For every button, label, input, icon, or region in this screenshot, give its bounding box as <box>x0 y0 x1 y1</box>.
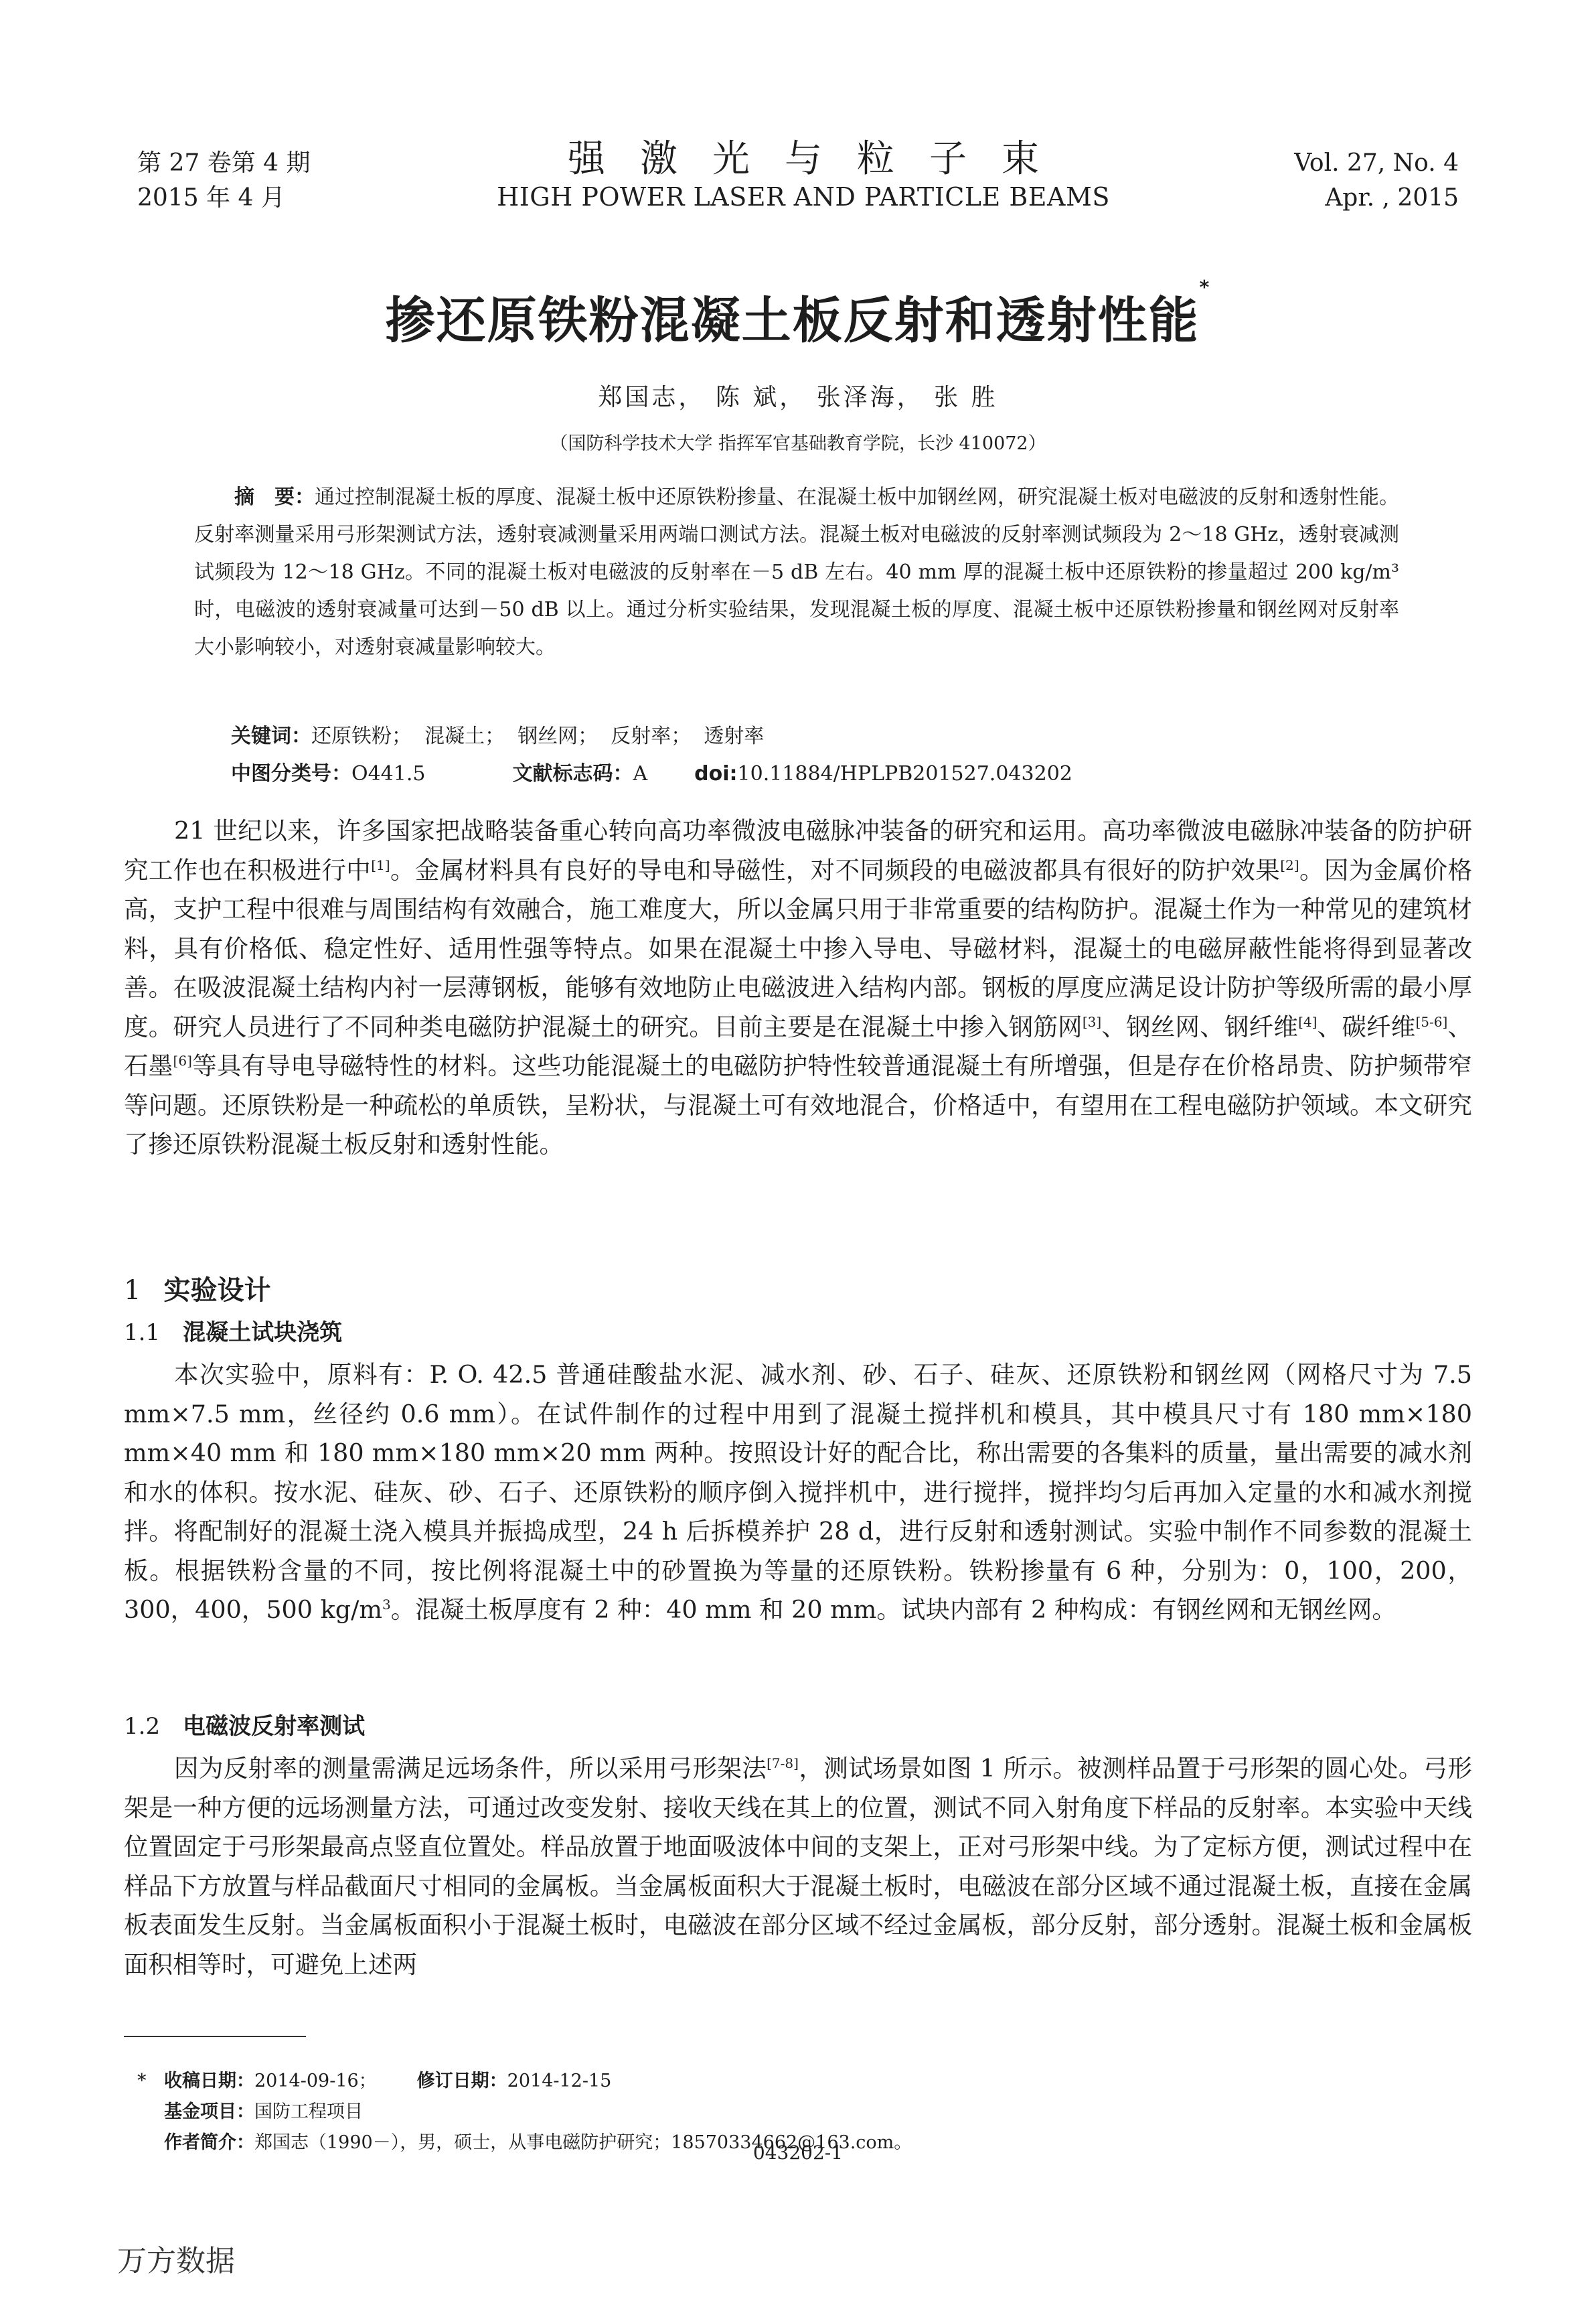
section-heading-1-1: 1.1混凝土试块浇筑 <box>124 1314 342 1347</box>
superscript-3: 3 <box>382 1596 391 1613</box>
received-date-label: 收稿日期： <box>164 2071 254 2091</box>
section-1-1-body: 本次实验中，原料有：P. O. 42.5 普通硅酸盐水泥、减水剂、砂、石子、硅灰… <box>124 1355 1472 1630</box>
section-heading-1: 1实验设计 <box>124 1269 270 1307</box>
paragraph-text: 因为反射率的测量需满足远场条件，所以采用弓形架法 <box>174 1754 767 1783</box>
section-number: 1.1 <box>124 1319 160 1346</box>
section-title: 电磁波反射率测试 <box>183 1713 365 1740</box>
section-1-2-body: 因为反射率的测量需满足远场条件，所以采用弓形架法[7-8]，测试场景如图 1 所… <box>124 1749 1472 1984</box>
intro-text: 、钢丝网、钢纤维 <box>1101 1013 1298 1041</box>
footnote-marker: * <box>137 2066 164 2097</box>
clc-label: 中图分类号： <box>231 762 351 786</box>
journal-name-en: HIGH POWER LASER AND PARTICLE BEAMS <box>402 181 1205 212</box>
watermark: 万方数据 <box>117 2237 235 2280</box>
section-number: 1.2 <box>124 1713 160 1740</box>
doc-code-label: 文献标志码： <box>512 762 633 786</box>
revised-date-label: 修订日期： <box>417 2071 507 2091</box>
keywords: 关键词：还原铁粉； 混凝土； 钢丝网； 反射率； 透射率 <box>231 718 764 755</box>
citation-5-6[interactable]: [5-6] <box>1416 1013 1448 1029</box>
clc-value: O441.5 <box>351 762 425 786</box>
page-number: 043202-1 <box>0 2142 1596 2164</box>
paragraph-text: 本次实验中，原料有：P. O. 42.5 普通硅酸盐水泥、减水剂、砂、石子、硅灰… <box>124 1360 1472 1624</box>
footnote-dates: *收稿日期：2014-09-16；修订日期：2014-12-15 <box>137 2066 912 2097</box>
authors: 郑国志， 陈 斌， 张泽海， 张 胜 <box>0 378 1596 413</box>
paragraph-text: 。混凝土板厚度有 2 种：40 mm 和 20 mm。试块内部有 2 种构成：有… <box>391 1595 1396 1624</box>
section-heading-1-2: 1.2电磁波反射率测试 <box>124 1708 365 1740</box>
citation-4[interactable]: [4] <box>1298 1013 1317 1029</box>
paper-title: 掺还原铁粉混凝土板反射和透射性能* <box>0 281 1596 352</box>
header-vol-no: Vol. 27, No. 4 <box>1294 146 1459 181</box>
section-number: 1 <box>124 1275 141 1306</box>
citation-7-8[interactable]: [7-8] <box>767 1755 799 1771</box>
header-volume-en: Vol. 27, No. 4 Apr. , 2015 <box>1294 146 1459 216</box>
citation-1[interactable]: [1] <box>371 857 390 873</box>
intro-text: 、碳纤维 <box>1317 1013 1415 1041</box>
header-volume-cn: 第 27 卷第 4 期 <box>137 146 311 181</box>
paper-title-text: 掺还原铁粉混凝土板反射和透射性能 <box>386 292 1200 350</box>
header-issue-info: 第 27 卷第 4 期 2015 年 4 月 <box>137 146 311 216</box>
journal-masthead: 强激光与粒子束 HIGH POWER LASER AND PARTICLE BE… <box>402 137 1205 212</box>
doi-label: doi: <box>694 762 737 786</box>
header-date-cn: 2015 年 4 月 <box>137 181 311 216</box>
revised-date-value: 2014-12-15 <box>507 2071 612 2091</box>
header-date-en: Apr. , 2015 <box>1294 181 1459 216</box>
citation-3[interactable]: [3] <box>1083 1013 1101 1029</box>
section-title: 实验设计 <box>163 1275 270 1306</box>
fund-label: 基金项目： <box>164 2101 254 2122</box>
intro-text: 。金属材料具有良好的导电和导磁性，对不同频段的电磁波都具有很好的防护效果 <box>390 856 1281 885</box>
doc-code-value: A <box>633 762 647 786</box>
classification-line: 中图分类号：O441.5文献标志码：Adoi:10.11884/HPLPB201… <box>231 755 1072 793</box>
title-footnote-marker: * <box>1200 276 1211 298</box>
keywords-text: 还原铁粉； 混凝土； 钢丝网； 反射率； 透射率 <box>311 725 764 748</box>
intro-text: 等具有导电导磁特性的材料。这些功能混凝土的电磁防护特性较普通混凝土有所增强，但是… <box>124 1051 1472 1159</box>
abstract-label: 摘 要： <box>234 486 315 509</box>
keywords-label: 关键词： <box>231 725 311 748</box>
abstract-text: 通过控制混凝土板的厚度、混凝土板中还原铁粉掺量、在混凝土板中加钢丝网，研究混凝土… <box>194 486 1399 659</box>
introduction: 21 世纪以来，许多国家把战略装备重心转向高功率微波电磁脉冲装备的研究和运用。高… <box>124 812 1472 1165</box>
citation-2[interactable]: [2] <box>1280 857 1299 873</box>
fund-value: 国防工程项目 <box>254 2101 363 2122</box>
doi-value: 10.11884/HPLPB201527.043202 <box>738 762 1072 786</box>
citation-6[interactable]: [6] <box>173 1053 192 1069</box>
footnote-fund: 基金项目：国防工程项目 <box>137 2097 912 2128</box>
footnote-divider <box>124 2036 306 2037</box>
received-date-value: 2014-09-16； <box>254 2071 377 2091</box>
paragraph-text: ，测试场景如图 1 所示。被测样品置于弓形架的圆心处。弓形架是一种方便的远场测量… <box>124 1754 1472 1979</box>
affiliation: （国防科学技术大学 指挥军官基础教育学院，长沙 410072） <box>0 429 1596 455</box>
section-title: 混凝土试块浇筑 <box>183 1319 342 1346</box>
journal-name-cn: 强激光与粒子束 <box>402 137 1205 181</box>
abstract: 摘 要：通过控制混凝土板的厚度、混凝土板中还原铁粉掺量、在混凝土板中加钢丝网，研… <box>194 479 1399 666</box>
